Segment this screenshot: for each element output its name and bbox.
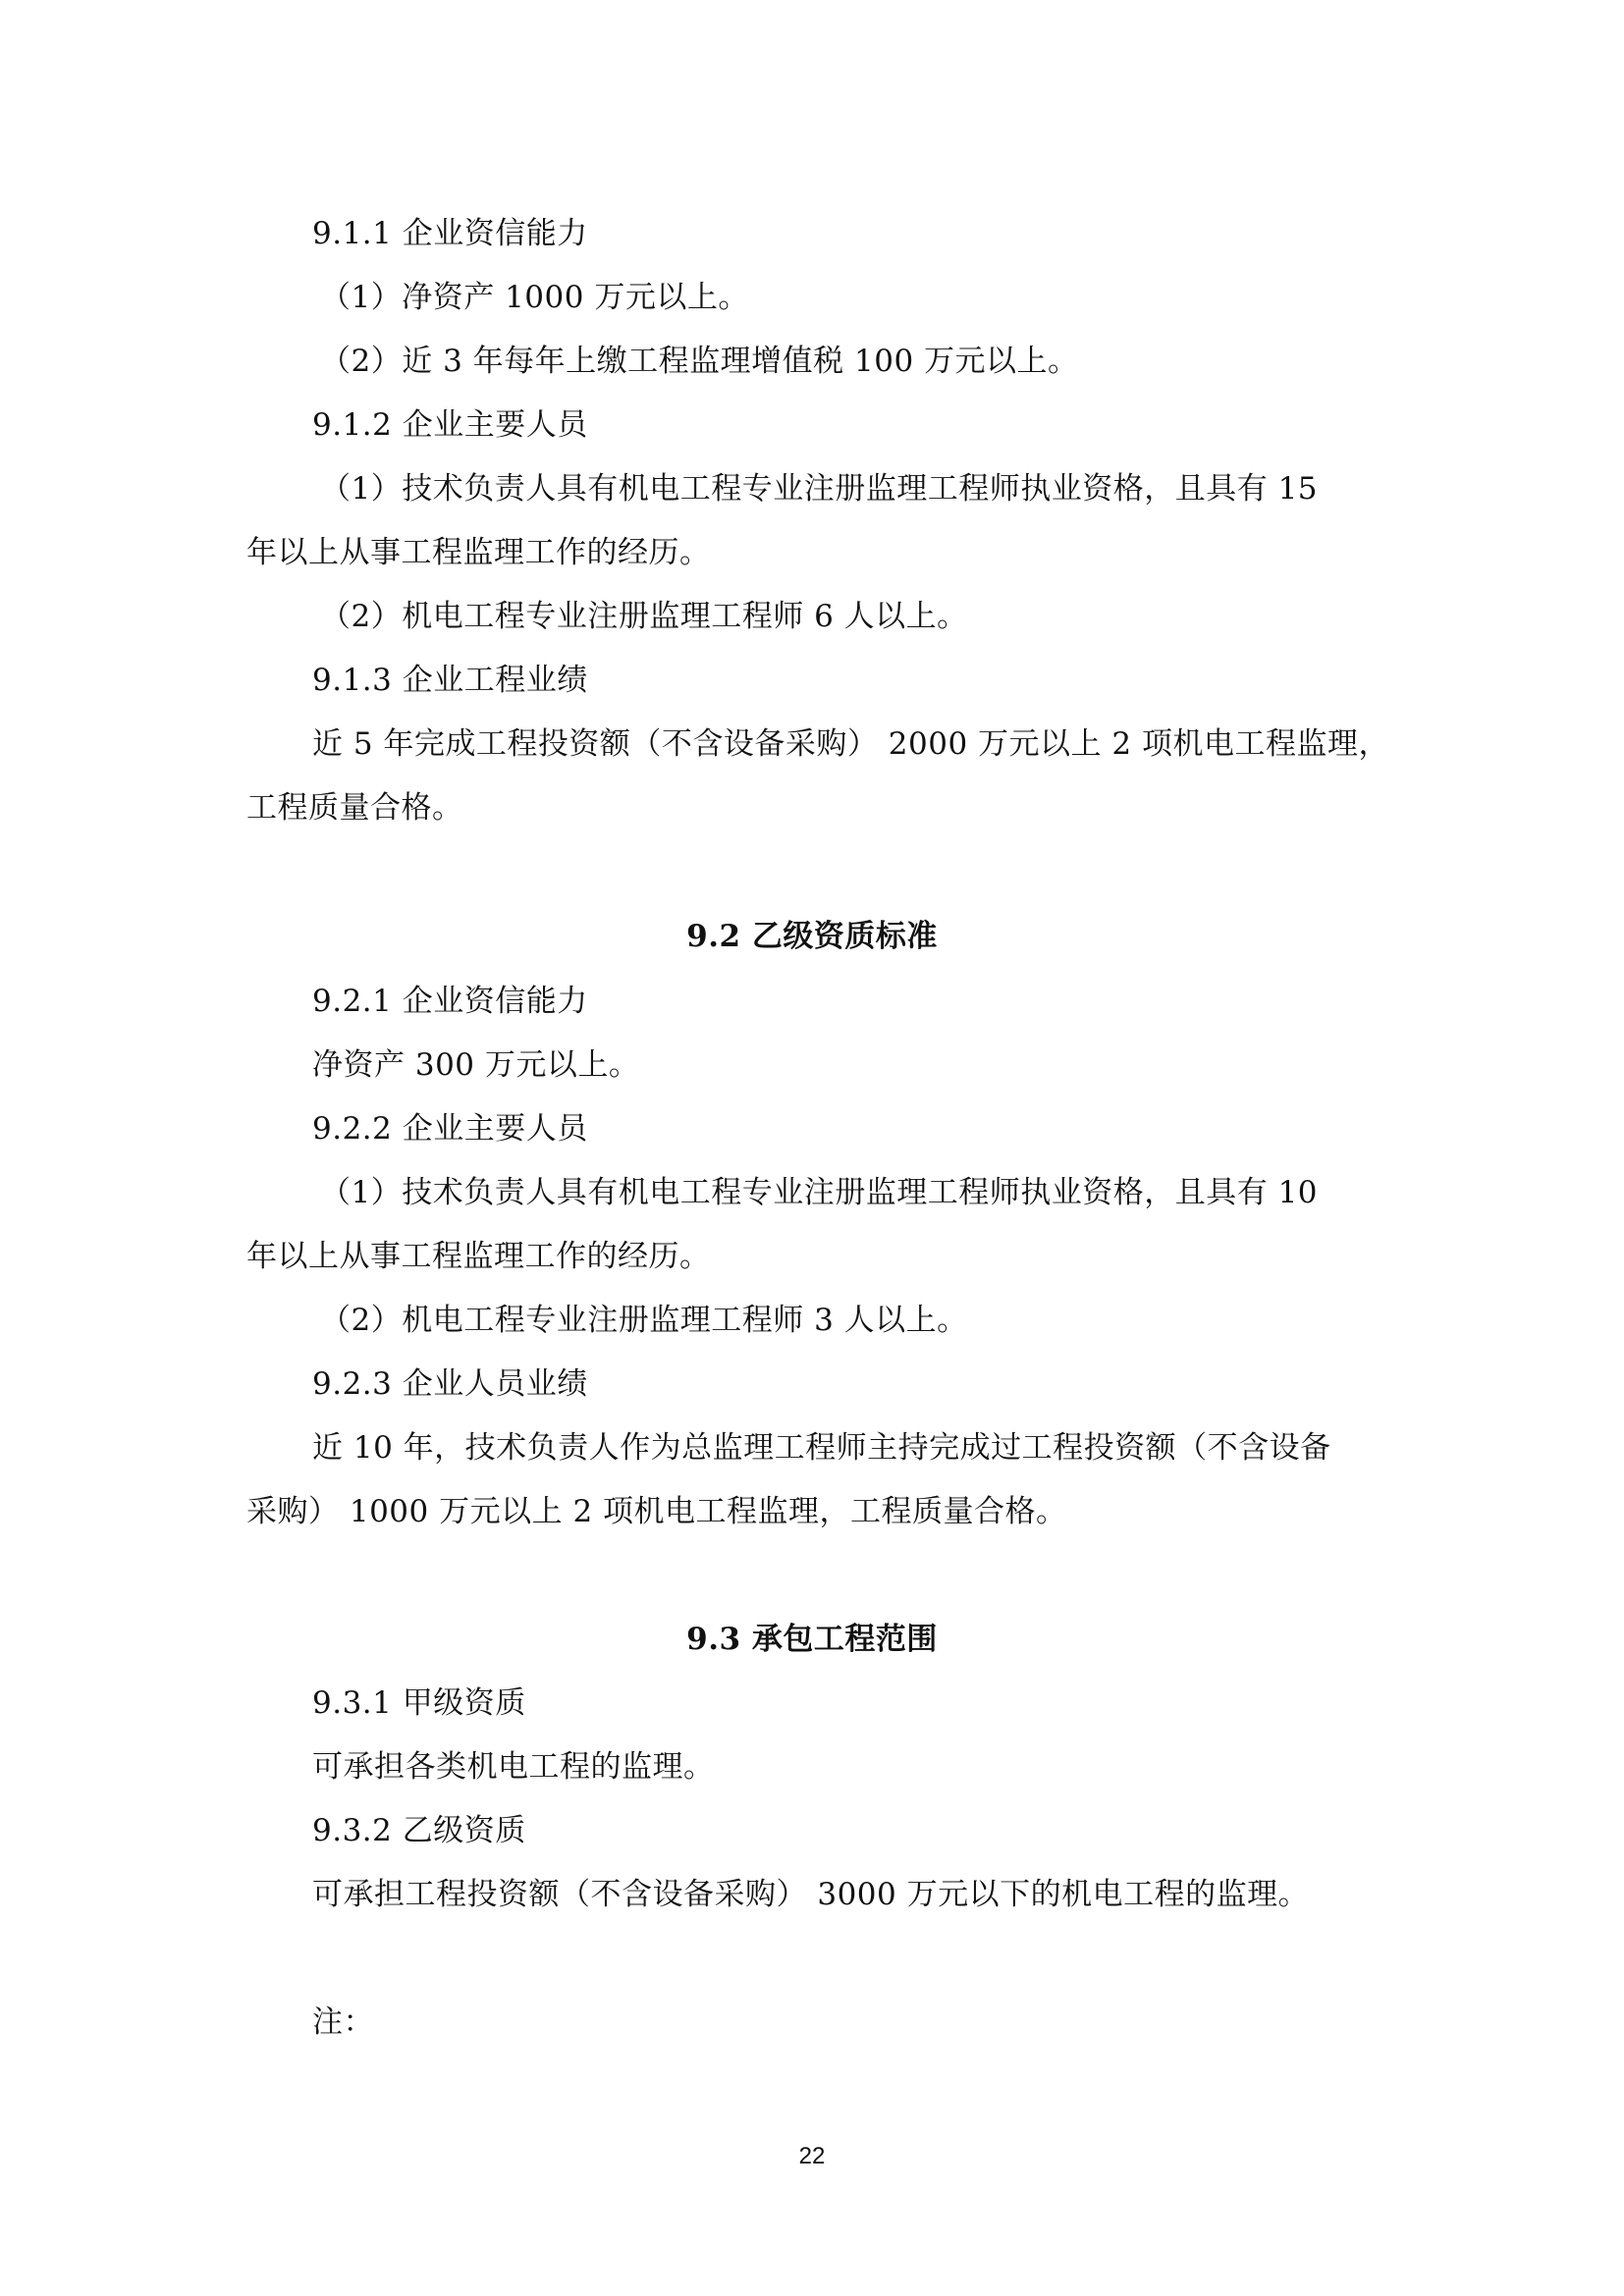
page-number: 22 bbox=[0, 2142, 1624, 2171]
subsection-9-3-1-title: 9.3.1 甲级资质 bbox=[312, 1683, 526, 1723]
list-item-continuation: 年以上从事工程监理工作的经历。 bbox=[246, 1237, 711, 1276]
subsection-9-1-3-title: 9.1.3 企业工程业绩 bbox=[312, 661, 588, 700]
paragraph-continuation: 采购） 1000 万元以上 2 项机电工程监理，工程质量合格。 bbox=[246, 1492, 1067, 1531]
subsection-9-1-2-title: 9.1.2 企业主要人员 bbox=[312, 405, 588, 445]
paragraph: 可承担工程投资额（不含设备采购） 3000 万元以下的机电工程的监理。 bbox=[312, 1875, 1309, 1914]
subsection-9-2-2-title: 9.2.2 企业主要人员 bbox=[312, 1109, 588, 1148]
subsection-9-3-2-title: 9.3.2 乙级资质 bbox=[312, 1811, 526, 1850]
list-item: （1）净资产 1000 万元以上。 bbox=[320, 278, 749, 317]
document-page: 9.1.1 企业资信能力 （1）净资产 1000 万元以上。 （2）近 3 年每… bbox=[0, 0, 1624, 2296]
paragraph-continuation: 工程质量合格。 bbox=[246, 788, 463, 828]
section-9-2-heading: 9.2 乙级资质标准 bbox=[0, 917, 1624, 956]
subsection-9-2-3-title: 9.2.3 企业人员业绩 bbox=[312, 1364, 588, 1404]
note-label: 注： bbox=[312, 2002, 374, 2042]
list-item: （2）机电工程专业注册监理工程师 6 人以上。 bbox=[320, 597, 968, 636]
section-9-3-heading: 9.3 承包工程范围 bbox=[0, 1620, 1624, 1659]
paragraph: 可承担各类机电工程的监理。 bbox=[312, 1747, 715, 1787]
paragraph: 近 10 年，技术负责人作为总监理工程师主持完成过工程投资额（不含设备 bbox=[312, 1428, 1331, 1468]
list-item-continuation: 年以上从事工程监理工作的经历。 bbox=[246, 533, 711, 572]
list-item: （1）技术负责人具有机电工程专业注册监理工程师执业资格，且具有 10 bbox=[320, 1173, 1318, 1212]
paragraph: 净资产 300 万元以上。 bbox=[312, 1045, 639, 1085]
list-item: （1）技术负责人具有机电工程专业注册监理工程师执业资格，且具有 15 bbox=[320, 469, 1318, 508]
list-item: （2）近 3 年每年上缴工程监理增值税 100 万元以上。 bbox=[320, 342, 1079, 381]
subsection-9-1-1-title: 9.1.1 企业资信能力 bbox=[312, 214, 588, 253]
subsection-9-2-1-title: 9.2.1 企业资信能力 bbox=[312, 982, 588, 1021]
list-item: （2）机电工程专业注册监理工程师 3 人以上。 bbox=[320, 1301, 968, 1340]
paragraph: 近 5 年完成工程投资额（不含设备采购） 2000 万元以上 2 项机电工程监理… bbox=[312, 724, 1389, 764]
